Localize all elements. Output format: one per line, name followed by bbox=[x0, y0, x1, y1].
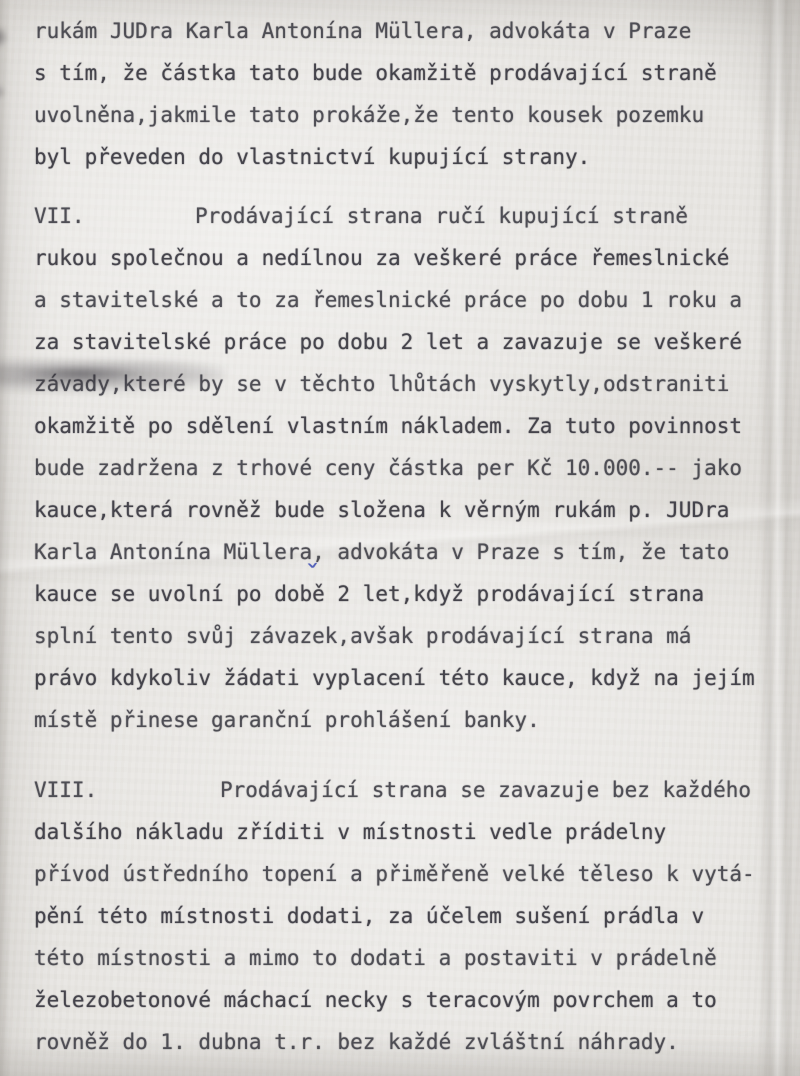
text-line: bude zadržena z trhové ceny částka per K… bbox=[34, 447, 794, 489]
document-page: rukám JUDra Karla Antonína Müllera, advo… bbox=[0, 0, 800, 1076]
paragraph-intro: rukám JUDra Karla Antonína Müllera, advo… bbox=[34, 10, 794, 178]
text-line: VIII.Prodávající strana se zavazuje bez … bbox=[34, 769, 794, 811]
section-viii: VIII.Prodávající strana se zavazuje bez … bbox=[34, 769, 794, 1063]
text-line: byl převeden do vlastnictví kupující str… bbox=[34, 136, 794, 178]
text-line: železobetonové máchací necky s teracovým… bbox=[34, 979, 794, 1021]
text-line: Prodávající strana se zavazuje bez každé… bbox=[220, 778, 751, 802]
text-line: rukám JUDra Karla Antonína Müllera, advo… bbox=[34, 10, 794, 52]
text-line: závady,které by se v těchto lhůtách vysk… bbox=[34, 363, 794, 405]
text-line: pění této místnosti dodati, za účelem su… bbox=[34, 895, 794, 937]
text-line: VII.Prodávající strana ručí kupující str… bbox=[34, 195, 794, 237]
text-line: splní tento svůj závazek,avšak prodávají… bbox=[34, 615, 794, 657]
text-line: Karla Antonína Müllera, advokáta v Praze… bbox=[34, 531, 794, 573]
typewritten-text: rukám JUDra Karla Antonína Müllera, advo… bbox=[34, 10, 794, 1063]
text-line: uvolněna,jakmile tato prokáže,že tento k… bbox=[34, 94, 794, 136]
text-line: kauce se uvolní po době 2 let,když prodá… bbox=[34, 573, 794, 615]
text-line: této místnosti a mimo to dodati a postav… bbox=[34, 937, 794, 979]
section-vii: VII.Prodávající strana ručí kupující str… bbox=[34, 195, 794, 741]
text-line: s tím, že částka tato bude okamžitě prod… bbox=[34, 52, 794, 94]
text-line: za stavitelské práce po dobu 2 let a zav… bbox=[34, 321, 794, 363]
paper-edge-left bbox=[0, 0, 10, 1076]
text-line: rovněž do 1. dubna t.r. bez každé zvlášt… bbox=[34, 1021, 794, 1063]
text-line: Prodávající strana ručí kupující straně bbox=[195, 204, 688, 228]
text-line: kauce,která rovněž bude složena k věrným… bbox=[34, 489, 794, 531]
scan-edge-mark bbox=[0, 26, 8, 48]
text-line: okamžitě po sdělení vlastním nákladem. Z… bbox=[34, 405, 794, 447]
section-numeral: VII. bbox=[34, 195, 195, 237]
text-line: rukou společnou a nedílnou za veškeré pr… bbox=[34, 237, 794, 279]
text-line: a stavitelské a to za řemeslnické práce … bbox=[34, 279, 794, 321]
text-line: dalšího nákladu zříditi v místnosti vedl… bbox=[34, 811, 794, 853]
text-line: právo kdykoliv žádati vyplacení této kau… bbox=[34, 657, 794, 699]
scan-edge-mark bbox=[0, 84, 6, 100]
section-numeral: VIII. bbox=[34, 769, 220, 811]
text-line: přívod ústředního topení a přiměřeně vel… bbox=[34, 853, 794, 895]
text-line: místě přinese garanční prohlášení banky. bbox=[34, 699, 794, 741]
